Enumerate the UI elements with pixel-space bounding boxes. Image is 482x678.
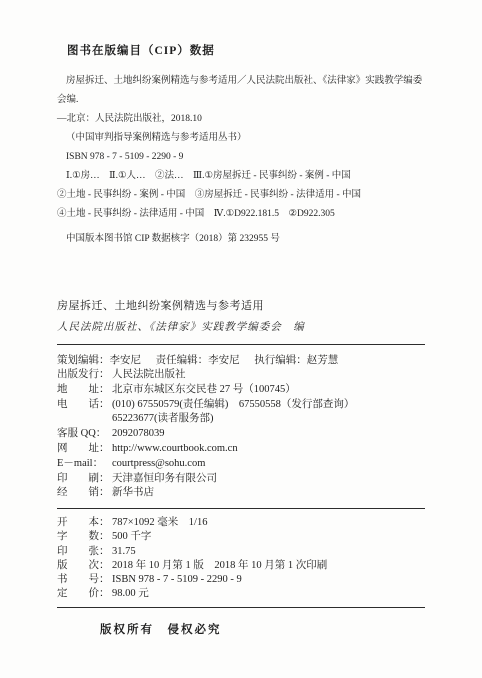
cip-series-note: （中国审判指导案例精选与参考适用丛书） [57, 129, 425, 148]
printed-sheets-value: 31.75 [112, 546, 136, 557]
distributor-value: 新华书店 [112, 487, 154, 498]
sheet-size-label: 开 本： [57, 516, 112, 530]
planning-editor: 策划编辑：李安尼 [57, 355, 141, 366]
address-row: 地 址：北京市东城区东交民巷 27 号（100745） [57, 383, 425, 398]
copyright-notice: 版权所有 侵权必究 [100, 621, 425, 637]
phone-label: 电 话： [57, 398, 112, 413]
cip-isbn: ISBN 978 - 7 - 5109 - 2290 - 9 [57, 148, 425, 167]
cip-classification-line-1: Ⅰ.①房… Ⅱ.①人… ②法… Ⅲ.①房屋拆迁 - 民事纠纷 - 案例 - 中国 [57, 167, 425, 186]
phone-row-continuation: 65223677(读者服务部) [57, 412, 425, 427]
phone-row: 电 话：(010) 67550579(责任编辑) 67550558（发行部查询） [57, 398, 425, 413]
word-count-label: 字 数： [57, 530, 112, 544]
copyright-page: 图书在版编目（CIP）数据 房屋拆迁、土地纠纷案例精选与参考适用／人民法院出版社… [0, 0, 482, 678]
edition-row: 版 次：2018 年 10 月第 1 版 2018 年 10 月第 1 次印刷 [57, 559, 425, 573]
website-row: 网 址：http://www.courtbook.com.cn [57, 442, 425, 457]
divider-top [57, 344, 425, 345]
executive-editor: 执行编辑：赵芳慧 [254, 355, 338, 366]
printer-value: 天津嘉恒印务有限公司 [112, 473, 217, 484]
cip-description-line-2: —北京：人民法院出版社，2018.10 [57, 110, 425, 129]
responsible-editor-name: 李安尼 [208, 355, 240, 366]
executive-editor-name: 赵芳慧 [307, 355, 339, 366]
edition-label: 版 次： [57, 559, 112, 573]
email-label: E－mail： [57, 457, 112, 472]
responsible-editor-label: 责任编辑： [156, 355, 209, 366]
price-label: 定 价： [57, 587, 112, 601]
address-value: 北京市东城区东交民巷 27 号（100745） [112, 384, 296, 395]
book-title: 房屋拆迁、土地纠纷案例精选与参考适用 [57, 299, 425, 313]
format-info: 开 本：787×1092 毫米 1/16 字 数：500 千字 印 张：31.7… [57, 516, 425, 601]
distributor-row: 经 销：新华书店 [57, 486, 425, 501]
publisher-value: 人民法院出版社 [112, 369, 186, 380]
email-value: courtpress@sohu.com [112, 458, 205, 469]
price-value: 98.00 元 [112, 588, 149, 599]
word-count-value: 500 千字 [112, 531, 151, 542]
book-number-value: ISBN 978 - 7 - 5109 - 2290 - 9 [112, 574, 242, 585]
book-number-label: 书 号： [57, 573, 112, 587]
distributor-label: 经 销： [57, 486, 112, 501]
cip-description-line-1: 房屋拆迁、土地纠纷案例精选与参考适用／人民法院出版社、《法律家》实践教学编委会编… [57, 72, 425, 110]
printer-label: 印 刷： [57, 472, 112, 487]
publisher-row: 出版发行：人民法院出版社 [57, 368, 425, 383]
printed-sheets-row: 印 张：31.75 [57, 545, 425, 559]
phone-value: (010) 67550579(责任编辑) 67550558（发行部查询） [112, 399, 354, 410]
cip-record-number: 中国版本图书馆 CIP 数据核字（2018）第 232955 号 [57, 230, 425, 249]
printed-sheets-label: 印 张： [57, 545, 112, 559]
cip-classification-line-2: ②土地 - 民事纠纷 - 案例 - 中国 ③房屋拆迁 - 民事纠纷 - 法律适用… [57, 186, 425, 205]
phone-value-2: 65223677(读者服务部) [112, 413, 214, 424]
website-label: 网 址： [57, 442, 112, 457]
sheet-size-value: 787×1092 毫米 1/16 [112, 517, 207, 528]
planning-editor-name: 李安尼 [110, 355, 142, 366]
book-number-row: 书 号：ISBN 978 - 7 - 5109 - 2290 - 9 [57, 573, 425, 587]
price-row: 定 价：98.00 元 [57, 587, 425, 601]
cip-section: 房屋拆迁、土地纠纷案例精选与参考适用／人民法院出版社、《法律家》实践教学编委会编… [57, 72, 425, 224]
editors-line: 策划编辑：李安尼 责任编辑：李安尼 执行编辑：赵芳慧 [57, 353, 425, 368]
printer-row: 印 刷：天津嘉恒印务有限公司 [57, 472, 425, 487]
executive-editor-label: 执行编辑： [254, 355, 307, 366]
word-count-row: 字 数：500 千字 [57, 530, 425, 544]
cip-classification-line-3: ④土地 - 民事纠纷 - 法律适用 - 中国 Ⅳ.①D922.181.5 ②D9… [57, 205, 425, 224]
website-value: http://www.courtbook.com.cn [112, 443, 238, 454]
editor-byline: 人民法院出版社、《法律家》实践教学编委会 编 [57, 321, 425, 334]
edition-value: 2018 年 10 月第 1 版 2018 年 10 月第 1 次印刷 [112, 560, 327, 571]
cip-heading: 图书在版编目（CIP）数据 [67, 44, 425, 58]
publishing-info: 出版发行：人民法院出版社 地 址：北京市东城区东交民巷 27 号（100745）… [57, 368, 425, 501]
planning-editor-label: 策划编辑： [57, 355, 110, 366]
sheet-size-row: 开 本：787×1092 毫米 1/16 [57, 516, 425, 530]
divider-bottom [57, 607, 425, 608]
address-label: 地 址： [57, 383, 112, 398]
publisher-label: 出版发行： [57, 368, 112, 383]
service-qq-label: 客服 QQ： [57, 427, 112, 442]
email-row: E－mail：courtpress@sohu.com [57, 457, 425, 472]
divider-middle [57, 508, 425, 509]
service-qq-row: 客服 QQ：2092078039 [57, 427, 425, 442]
responsible-editor: 责任编辑：李安尼 [156, 355, 240, 366]
service-qq-value: 2092078039 [112, 428, 165, 439]
